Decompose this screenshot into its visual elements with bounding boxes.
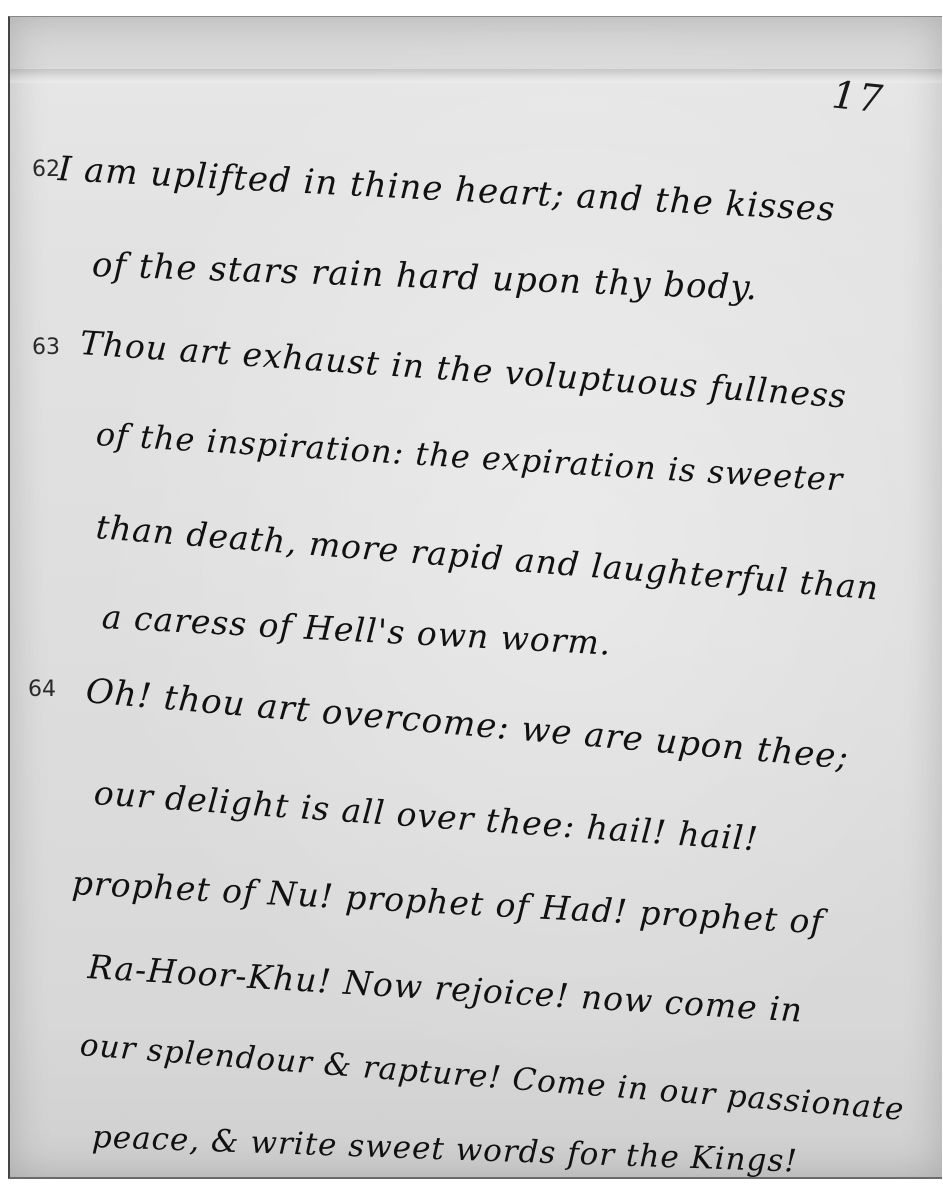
verse-64-line-5: our splendour & rapture! Come in our pas… bbox=[79, 1027, 906, 1128]
verse-number-62: 62 bbox=[32, 157, 60, 182]
verse-62-line-2: of the stars rain hard upon thy body. bbox=[91, 245, 758, 308]
verse-64-line-4: Ra-Hoor-Khu! Now rejoice! now come in bbox=[87, 947, 804, 1030]
verse-63-line-1: Thou art exhaust in the voluptuous fulln… bbox=[79, 323, 849, 416]
verse-number-64: 64 bbox=[28, 677, 56, 702]
manuscript-page: 17 62 I am uplifted in thine heart; and … bbox=[8, 16, 942, 1179]
verse-64-line-2: our delight is all over thee: hail! hail… bbox=[93, 773, 760, 858]
page-number: 17 bbox=[830, 72, 887, 121]
verse-63-line-4: a caress of Hell's own worm. bbox=[101, 597, 612, 663]
verse-62-line-1: I am uplifted in thine heart; and the ki… bbox=[57, 149, 836, 230]
verse-64-line-3: prophet of Nu! prophet of Had! prophet o… bbox=[71, 863, 825, 941]
verse-number-63: 63 bbox=[32, 335, 60, 360]
paper-fold bbox=[10, 69, 942, 83]
verse-63-line-2: of the inspiration: the expiration is sw… bbox=[95, 415, 844, 499]
verse-64-line-6: peace, & write sweet words for the Kings… bbox=[91, 1119, 798, 1180]
verse-63-line-3: than death, more rapid and laughterful t… bbox=[94, 507, 880, 607]
verse-64-line-1: Oh! thou art overcome: we are upon thee; bbox=[84, 671, 850, 778]
